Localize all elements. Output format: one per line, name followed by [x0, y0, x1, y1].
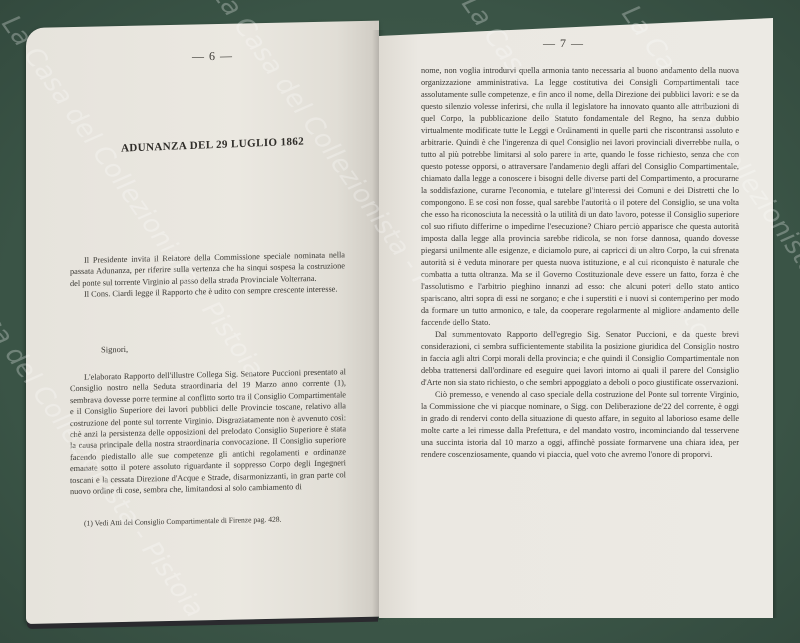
body-paragraph: Dal summentovato Rapporto dell'egregio S… — [421, 329, 739, 389]
session-heading: ADUNANZA DEL 29 LUGLIO 1862 — [121, 136, 304, 155]
report-text-right: nome, non voglia introdurvi quella armon… — [421, 65, 739, 461]
left-page: — 6 — ADUNANZA DEL 29 LUGLIO 1862 Il Pre… — [26, 21, 379, 624]
report-text-left: L'elaborato Rapporto dell'illustre Colle… — [70, 366, 346, 497]
intro-paragraph: Il Presidente invita il Relatore della C… — [70, 249, 345, 289]
page-number-7: — 7 — — [543, 36, 584, 51]
footnote: (1) Vedi Atti del Consiglio Compartiment… — [84, 515, 281, 528]
body-paragraph: nome, non voglia introdurvi quella armon… — [421, 65, 739, 329]
salutation: Signori, — [101, 344, 128, 355]
body-paragraph: L'elaborato Rapporto dell'illustre Colle… — [70, 366, 346, 497]
body-paragraph: Ciò premesso, e venendo al caso speciale… — [421, 389, 739, 461]
right-page: — 7 — nome, non voglia introdurvi quella… — [379, 18, 773, 618]
intro-text: Il Presidente invita il Relatore della C… — [70, 249, 345, 300]
page-number-6: — 6 — — [192, 49, 233, 65]
